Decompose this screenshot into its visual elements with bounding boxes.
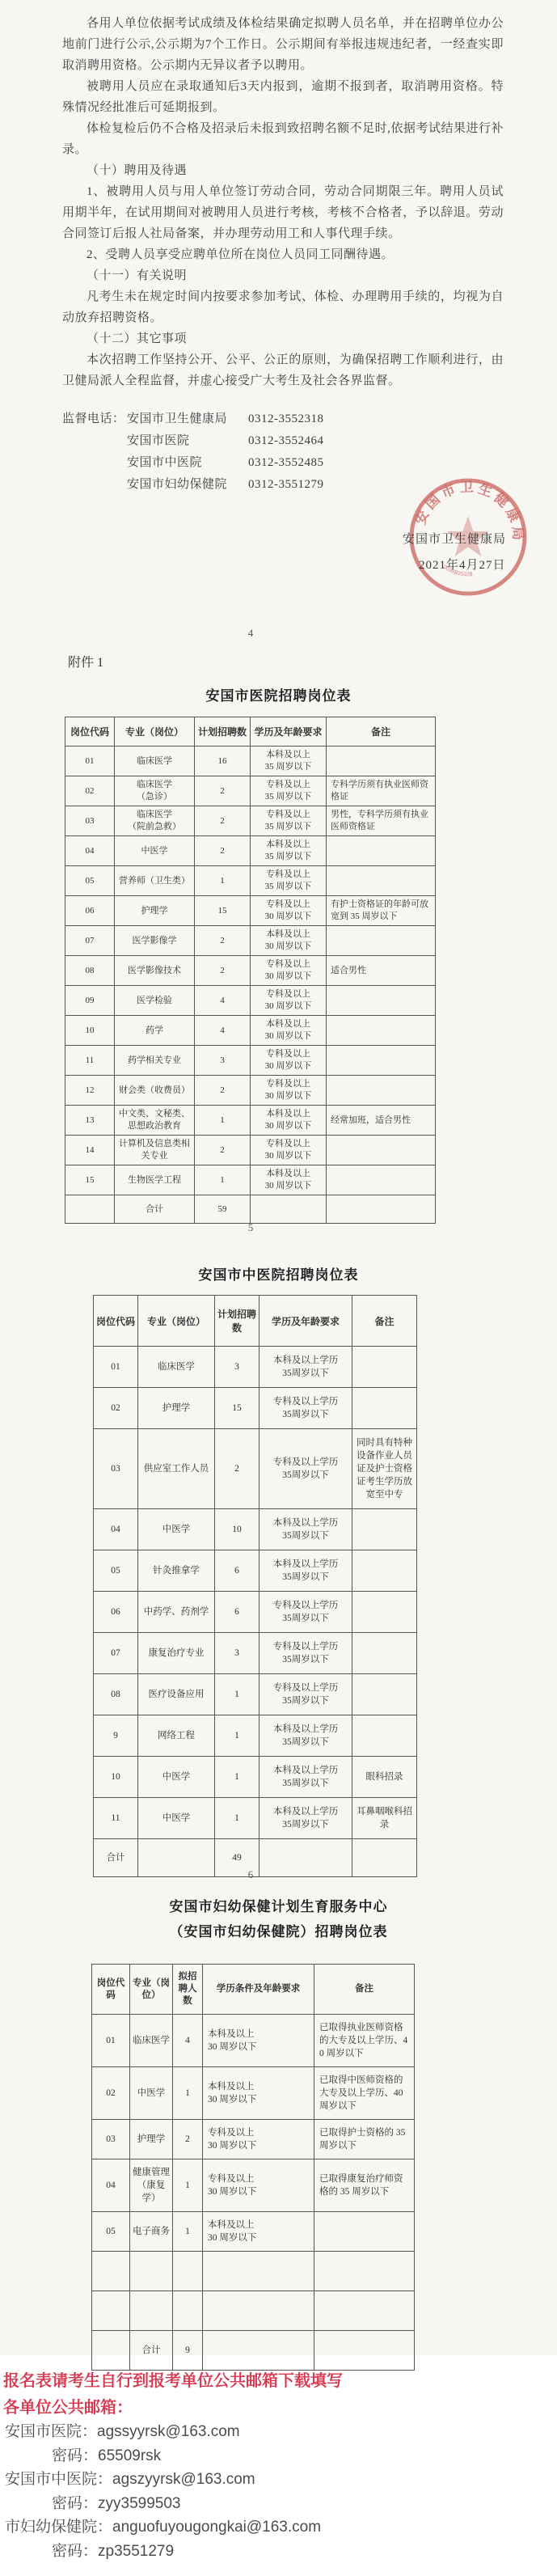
table-row: 02护理学15专科及以上学历 35周岁以下	[94, 1388, 417, 1429]
table-cell: 1	[215, 1674, 260, 1715]
table-row: 09医学检验4专科及以上 30 周岁以下	[65, 986, 436, 1016]
mailbox-org-line: 安国市医院：agssyyrsk@163.com	[3, 2420, 553, 2444]
table-cell: 医学检验	[115, 986, 195, 1016]
col-header: 岗位代码	[92, 1965, 130, 2015]
table-cell	[203, 2291, 314, 2331]
table3-title-line2: （安国市妇幼保健院）招聘岗位表	[0, 1919, 557, 1944]
table-cell: 适合男性	[327, 956, 436, 986]
supervision-org: 安国市卫生健康局	[127, 408, 248, 430]
table2-title: 安国市中医院招聘岗位表	[0, 1263, 557, 1284]
table-cell: 本科及以上 30 周岁以下	[203, 2015, 314, 2067]
table-row: 03护理学2专科及以上 30 周岁以下已取得护士资格的 35 周岁以下	[92, 2120, 415, 2159]
table-cell: 6	[215, 1550, 260, 1592]
document-body-text: 各用人单位依据考试成绩及体检结果确定拟聘人员名单，并在招聘单位办公地前门进行公示…	[62, 13, 504, 391]
seal-issuer-line: 安国市卫生健康局	[403, 530, 506, 547]
password-value: zyy3599503	[98, 2495, 180, 2512]
password-label: 密码：	[52, 2543, 98, 2560]
table-cell: 已取得护士资格的 35 周岁以下	[314, 2120, 415, 2159]
table-cell: 营养师（卫生类）	[115, 866, 195, 896]
table-cell: 11	[94, 1798, 138, 1839]
table-cell: 本科及以上 30 周岁以下	[251, 1016, 327, 1046]
supervision-label: 监督电话：	[62, 408, 127, 430]
doc-paragraph: 1、被聘用人员与用人单位签订劳动合同，劳动合同期限三年。聘用人员试用期半年，在试…	[62, 181, 504, 244]
table-cell	[92, 2252, 130, 2291]
supervision-org: 安国市医院	[127, 430, 248, 452]
notice-line1: 报名表请考生自行到报考单位公共邮箱下载填写	[3, 2368, 488, 2395]
table-cell: 本科及以上学历 35周岁以下	[260, 1550, 352, 1592]
table-cell: 本科及以上 30 周岁以下	[251, 1165, 327, 1195]
table-cell: 11	[65, 1046, 115, 1076]
table-cell: 9	[173, 2331, 203, 2371]
table-cell: 本科及以上学历 35周岁以下	[260, 1798, 352, 1839]
table-cell: 1	[215, 1798, 260, 1839]
table-cell: 专科及以上 30 周岁以下	[251, 1136, 327, 1165]
table-cell	[352, 1509, 417, 1550]
table-row: 06护理学15专科及以上 30 周岁以下有护士资格证的年龄可放宽到 35 周岁以…	[65, 896, 436, 926]
table-row: 05针灸推拿学6本科及以上学历 35周岁以下	[94, 1550, 417, 1592]
table-row: 04健康管理（康复学）1专科及以上 30 周岁以下已取得康复治疗师资格的 35 …	[92, 2159, 415, 2212]
mailbox-org-label: 市妇幼保健院：	[5, 2519, 112, 2536]
table-cell: 4	[173, 2015, 203, 2067]
table-cell: 临床医学 （院前急救）	[115, 806, 195, 836]
supervision-org: 安国市中医院	[127, 452, 248, 474]
supervision-phone: 0312-3551279	[248, 474, 353, 496]
table-cell: 本科及以上 30 周岁以下	[251, 926, 327, 956]
table-cell: 专科及以上 30 周岁以下	[251, 896, 327, 926]
table-cell: 临床医学	[138, 1347, 215, 1388]
table-header-row: 岗位代码 专业（岗位） 计划招聘数 学历及年龄要求 备注	[65, 717, 436, 747]
table-cell	[352, 1674, 417, 1715]
table-cell: 中医学	[130, 2067, 173, 2120]
table-cell: 04	[92, 2159, 130, 2212]
col-header: 专业（岗位）	[115, 717, 195, 747]
table-row: 01临床医学4本科及以上 30 周岁以下已取得执业医师资格的大专及以上学历、40…	[92, 2015, 415, 2067]
table-cell	[327, 986, 436, 1016]
table-cell: 2	[195, 806, 251, 836]
table-row: 合计59	[65, 1195, 436, 1224]
table-cell	[327, 747, 436, 776]
maternal-health-positions-table: 岗位代码 专业（岗位） 拟招聘人数 学历条件及年龄要求 备注 01临床医学4本科…	[91, 1964, 415, 2371]
table-cell: 药学相关专业	[115, 1046, 195, 1076]
table-cell: 01	[92, 2015, 130, 2067]
table-cell	[327, 1046, 436, 1076]
table-cell: 1	[195, 1106, 251, 1136]
hospital-positions-table: 岗位代码 专业（岗位） 计划招聘数 学历及年龄要求 备注 01临床医学16本科及…	[65, 717, 436, 1224]
supervision-org: 安国市妇幼保健院	[127, 474, 248, 496]
table-cell: 59	[195, 1195, 251, 1224]
table-row: 07医学影像学2本科及以上 30 周岁以下	[65, 926, 436, 956]
table-cell: 中医学	[138, 1757, 215, 1798]
table-cell	[352, 1715, 417, 1757]
table-cell: 2	[195, 926, 251, 956]
table-cell: 04	[65, 836, 115, 866]
table-cell	[314, 2212, 415, 2252]
doc-paragraph: 本次招聘工作坚持公开、公平、公正的原则，为确保招聘工作顺利进行，由卫健局派人全程…	[62, 349, 504, 391]
col-header: 岗位代码	[94, 1296, 138, 1347]
table-cell: 护理学	[130, 2120, 173, 2159]
table-cell: 1	[215, 1757, 260, 1798]
table-cell: 专科及以上 30 周岁以下	[251, 986, 327, 1016]
table-cell: 男性，专科学历须有执业医师资格证	[327, 806, 436, 836]
table-cell: 06	[94, 1592, 138, 1633]
table-cell: 供应室工作人员	[138, 1429, 215, 1509]
table-row: 08医学影像技术2专科及以上 30 周岁以下适合男性	[65, 956, 436, 986]
attachment-label: 附件 1	[68, 652, 103, 670]
table-cell: 健康管理（康复学）	[130, 2159, 173, 2212]
table-row: 05营养师（卫生类）1专科及以上 35 周岁以下	[65, 866, 436, 896]
table-cell: 05	[94, 1550, 138, 1592]
table-cell: 3	[215, 1347, 260, 1388]
table-cell: 10	[215, 1509, 260, 1550]
table-cell: 2	[173, 2120, 203, 2159]
table-cell: 本科及以上 30 周岁以下	[203, 2067, 314, 2120]
table-cell: 专科及以上 30 周岁以下	[251, 1046, 327, 1076]
table-cell: 10	[94, 1757, 138, 1798]
table-cell: 9	[94, 1715, 138, 1757]
table-cell	[352, 1633, 417, 1674]
table-cell	[327, 836, 436, 866]
table-cell: 本科及以上 30 周岁以下	[203, 2212, 314, 2252]
table-cell: 2	[195, 776, 251, 806]
mailbox-org-label: 安国市中医院：	[5, 2471, 112, 2488]
table-cell: 12	[65, 1076, 115, 1106]
table-cell	[327, 1076, 436, 1106]
col-header: 备注	[314, 1965, 415, 2015]
col-header: 学历及年龄要求	[260, 1296, 352, 1347]
table-cell: 专科及以上 35 周岁以下	[251, 806, 327, 836]
table-cell: 本科及以上 35 周岁以下	[251, 747, 327, 776]
table-cell: 05	[92, 2212, 130, 2252]
supervision-phone: 0312-3552485	[248, 452, 353, 474]
table-cell	[327, 1165, 436, 1195]
table-cell: 本科及以上 30 周岁以下	[251, 1106, 327, 1136]
table-cell: 临床医学 （急诊）	[115, 776, 195, 806]
table-cell: 4	[195, 1016, 251, 1046]
table-cell: 02	[65, 776, 115, 806]
table-cell: 有护士资格证的年龄可放宽到 35 周岁以下	[327, 896, 436, 926]
supervision-row: 监督电话： 安国市卫生健康局 0312-3552318	[62, 408, 504, 430]
tcm-hospital-positions-table: 岗位代码 专业（岗位） 计划招聘数 学历及年龄要求 备注 01临床医学3本科及以…	[93, 1295, 417, 1877]
table-cell: 耳鼻咽喉科招录	[352, 1798, 417, 1839]
table-cell: 中文类、文秘类、思想政治教育	[115, 1106, 195, 1136]
table-cell	[327, 1136, 436, 1165]
table-cell: 康复治疗专业	[138, 1633, 215, 1674]
table-cell: 药学	[115, 1016, 195, 1046]
mailbox-org-label: 安国市医院：	[5, 2423, 97, 2440]
doc-paragraph: （十二）其它事项	[62, 328, 504, 349]
table-cell: 财会类（收费员）	[115, 1076, 195, 1106]
col-header: 岗位代码	[65, 717, 115, 747]
table-cell	[173, 2252, 203, 2291]
table-row: 12财会类（收费员）2专科及以上 30 周岁以下	[65, 1076, 436, 1106]
table-cell	[251, 1195, 327, 1224]
table-cell: 专科及以上学历 35周岁以下	[260, 1429, 352, 1509]
download-notice: 报名表请考生自行到报考单位公共邮箱下载填写 各单位公共邮箱：	[3, 2368, 488, 2422]
table-cell: 网络工程	[138, 1715, 215, 1757]
table-cell: 已取得执业医师资格的大专及以上学历、40 周岁以下	[314, 2015, 415, 2067]
mailbox-email: agszyyrsk@163.com	[112, 2471, 255, 2488]
col-header: 备注	[352, 1296, 417, 1347]
mailbox-password-line: 密码：zyy3599503	[3, 2492, 553, 2516]
table-cell: 合计	[130, 2331, 173, 2371]
doc-paragraph: （十一）有关说明	[62, 265, 504, 286]
table-cell: 1	[173, 2159, 203, 2212]
table-cell: 计算机及信息类相关专业	[115, 1136, 195, 1165]
password-label: 密码：	[52, 2495, 98, 2512]
table-cell: 2	[195, 956, 251, 986]
table-cell: 生物医学工程	[115, 1165, 195, 1195]
page-number-marker: 5	[0, 1221, 501, 1234]
table-cell: 01	[94, 1347, 138, 1388]
supervision-row: 安国市妇幼保健院 0312-3551279	[62, 474, 504, 496]
mailbox-org-line: 市妇幼保健院：anguofuyougongkai@163.com	[3, 2515, 553, 2540]
col-header: 学历条件及年龄要求	[203, 1965, 314, 2015]
table-row: 13中文类、文秘类、思想政治教育1本科及以上 30 周岁以下经常加班，适合男性	[65, 1106, 436, 1136]
table-cell: 护理学	[115, 896, 195, 926]
table-cell	[130, 2291, 173, 2331]
table-cell: 临床医学	[130, 2015, 173, 2067]
table-cell: 本科及以上 35 周岁以下	[251, 836, 327, 866]
table-cell: 医学影像学	[115, 926, 195, 956]
table-cell: 专科及以上 35 周岁以下	[251, 776, 327, 806]
table-row: 合计9	[92, 2331, 415, 2371]
table-row: 04中医学10本科及以上学历 35周岁以下	[94, 1509, 417, 1550]
col-header: 学历及年龄要求	[251, 717, 327, 747]
table-cell: 专科及以上 30 周岁以下	[203, 2120, 314, 2159]
table-cell: 专科及以上 30 周岁以下	[251, 956, 327, 986]
password-value: zp3551279	[98, 2543, 174, 2560]
table-cell: 2	[215, 1429, 260, 1509]
table-cell	[327, 1195, 436, 1224]
password-value: 65509rsk	[98, 2447, 161, 2464]
table-cell: 医学影像技术	[115, 956, 195, 986]
table-cell: 眼科招录	[352, 1757, 417, 1798]
table-cell	[203, 2331, 314, 2371]
table-cell: 03	[92, 2120, 130, 2159]
table-cell	[314, 2291, 415, 2331]
table-cell: 01	[65, 747, 115, 776]
table-row: 9网络工程1本科及以上学历 35周岁以下	[94, 1715, 417, 1757]
doc-paragraph: 被聘用人员应在录取通知后3天内报到，逾期不报到者，取消聘用资格。特殊情况经批准后…	[62, 76, 504, 118]
table-row: 14计算机及信息类相关专业2专科及以上 30 周岁以下	[65, 1136, 436, 1165]
mailbox-email: anguofuyougongkai@163.com	[112, 2519, 321, 2536]
table-cell: 同时具有特种设备作业人员证及护士资格证考生学历放宽至中专	[352, 1429, 417, 1509]
table-cell: 专科及以上学历 35周岁以下	[260, 1633, 352, 1674]
supervision-phone: 0312-3552464	[248, 430, 353, 452]
table-cell	[352, 1347, 417, 1388]
table-cell: 1	[173, 2212, 203, 2252]
table-cell: 专科及以上学历 35周岁以下	[260, 1388, 352, 1429]
mailbox-email: agssyyrsk@163.com	[97, 2423, 240, 2440]
table-row: 01临床医学16本科及以上 35 周岁以下	[65, 747, 436, 776]
table-row: 01临床医学3本科及以上学历 35周岁以下	[94, 1347, 417, 1388]
table-cell	[352, 1388, 417, 1429]
page-number-marker: 4	[0, 627, 501, 640]
table-cell	[92, 2291, 130, 2331]
table-cell: 专科及以上学历 35周岁以下	[260, 1674, 352, 1715]
page-number-marker: 6	[0, 1868, 501, 1881]
table-cell: 中药学、药剂学	[138, 1592, 215, 1633]
table-cell: 1	[195, 1165, 251, 1195]
table-cell: 合计	[115, 1195, 195, 1224]
col-header: 专业（岗位）	[138, 1296, 215, 1347]
table-cell: 05	[65, 866, 115, 896]
mailbox-org-line: 安国市中医院：agszyyrsk@163.com	[3, 2468, 553, 2492]
table-cell: 02	[94, 1388, 138, 1429]
table-cell: 临床医学	[115, 747, 195, 776]
table-cell: 1	[173, 2067, 203, 2120]
doc-paragraph: 各用人单位依据考试成绩及体检结果确定拟聘人员名单，并在招聘单位办公地前门进行公示…	[62, 13, 504, 76]
mailbox-password-line: 密码：zp3551279	[3, 2540, 553, 2564]
table-cell: 2	[195, 836, 251, 866]
table-cell: 14	[65, 1136, 115, 1165]
col-header: 计划招聘数	[215, 1296, 260, 1347]
table-cell: 13	[65, 1106, 115, 1136]
supervision-phone-block: 监督电话： 安国市卫生健康局 0312-3552318 安国市医院 0312-3…	[62, 408, 504, 496]
table-cell: 04	[94, 1509, 138, 1550]
table-cell: 08	[94, 1674, 138, 1715]
table-row: 07康复治疗专业3专科及以上学历 35周岁以下	[94, 1633, 417, 1674]
table-cell: 专科及以上 35 周岁以下	[251, 866, 327, 896]
table-cell: 03	[94, 1429, 138, 1509]
table-row: 11中医学1本科及以上学历 35周岁以下耳鼻咽喉科招录	[94, 1798, 417, 1839]
seal-date-line: 2021年4月27日	[419, 556, 506, 573]
table-row: 10药学4本科及以上 30 周岁以下	[65, 1016, 436, 1046]
table-cell: 中医学	[138, 1509, 215, 1550]
table-cell	[352, 1592, 417, 1633]
table-cell: 15	[195, 896, 251, 926]
table-cell: 16	[195, 747, 251, 776]
table-row: 10中医学1本科及以上学历 35周岁以下眼科招录	[94, 1757, 417, 1798]
table-cell: 15	[65, 1165, 115, 1195]
doc-paragraph: 凡考生未在规定时间内按要求参加考试、体检、办理聘用手续的，均视为自动放弃招聘资格…	[62, 286, 504, 328]
col-header: 专业（岗位）	[130, 1965, 173, 2015]
table-cell: 10	[65, 1016, 115, 1046]
table-cell: 3	[195, 1046, 251, 1076]
table-cell	[203, 2252, 314, 2291]
table-cell: 专科及以上学历 35周岁以下	[260, 1592, 352, 1633]
table-cell: 09	[65, 986, 115, 1016]
table-cell: 本科及以上学历 35周岁以下	[260, 1715, 352, 1757]
table-cell	[314, 2331, 415, 2371]
table-cell: 已取得中医师资格的大专及以上学历、40 周岁以下	[314, 2067, 415, 2120]
password-label: 密码：	[52, 2447, 98, 2464]
table-cell: 本科及以上学历 35周岁以下	[260, 1757, 352, 1798]
doc-paragraph: 2、受聘人员享受应聘单位所在岗位人员同工同酬待遇。	[62, 244, 504, 265]
table-cell: 医疗设备应用	[138, 1674, 215, 1715]
table-cell: 护理学	[138, 1388, 215, 1429]
table-cell	[327, 1016, 436, 1046]
table-cell: 电子商务	[130, 2212, 173, 2252]
table-row: 15生物医学工程1本科及以上 30 周岁以下	[65, 1165, 436, 1195]
table-cell: 06	[65, 896, 115, 926]
table-row: 03临床医学 （院前急救）2专科及以上 35 周岁以下男性，专科学历须有执业医师…	[65, 806, 436, 836]
table-cell: 中医学	[115, 836, 195, 866]
scanned-recruitment-document: 各用人单位依据考试成绩及体检结果确定拟聘人员名单，并在招聘单位办公地前门进行公示…	[0, 0, 557, 2576]
table-cell: 中医学	[138, 1798, 215, 1839]
table-cell	[92, 2331, 130, 2371]
table-cell	[314, 2252, 415, 2291]
table1-title: 安国市医院招聘岗位表	[0, 684, 557, 704]
table-cell: 03	[65, 806, 115, 836]
table-row: 02中医学1本科及以上 30 周岁以下已取得中医师资格的大专及以上学历、40 周…	[92, 2067, 415, 2120]
table-cell: 经常加班，适合男性	[327, 1106, 436, 1136]
table-cell	[327, 866, 436, 896]
table-cell: 3	[215, 1633, 260, 1674]
table-cell	[173, 2291, 203, 2331]
table-row: 05电子商务1本科及以上 30 周岁以下	[92, 2212, 415, 2252]
table-row: 04中医学2本科及以上 35 周岁以下	[65, 836, 436, 866]
table-cell: 专科及以上 30 周岁以下	[251, 1076, 327, 1106]
table-header-row: 岗位代码 专业（岗位） 拟招聘人数 学历条件及年龄要求 备注	[92, 1965, 415, 2015]
table-row: 03供应室工作人员2专科及以上学历 35周岁以下同时具有特种设备作业人员证及护士…	[94, 1429, 417, 1509]
table-row: 08医疗设备应用1专科及以上学历 35周岁以下	[94, 1674, 417, 1715]
mailbox-list: 安国市医院：agssyyrsk@163.com 密码：65509rsk 安国市中…	[3, 2420, 553, 2563]
doc-paragraph: 体检复检后仍不合格及招录后未报到致招聘名额不足时,依据考试结果进行补录。	[62, 118, 504, 160]
table-cell: 2	[195, 1136, 251, 1165]
table3-title: 安国市妇幼保健计划生育服务中心 （安国市妇幼保健院）招聘岗位表	[0, 1894, 557, 1944]
table-cell: 6	[215, 1592, 260, 1633]
table3-title-line1: 安国市妇幼保健计划生育服务中心	[0, 1894, 557, 1919]
table-cell: 15	[215, 1388, 260, 1429]
table-row: 11药学相关专业3专科及以上 30 周岁以下	[65, 1046, 436, 1076]
supervision-row: 安国市中医院 0312-3552485	[62, 452, 504, 474]
table-cell	[327, 926, 436, 956]
mailbox-password-line: 密码：65509rsk	[3, 2444, 553, 2468]
table-row: 06中药学、药剂学6专科及以上学历 35周岁以下	[94, 1592, 417, 1633]
table-row: 02临床医学 （急诊）2专科及以上 35 周岁以下专科学历须有执业医师资格证	[65, 776, 436, 806]
table-cell: 本科及以上学历 35周岁以下	[260, 1509, 352, 1550]
table-cell	[130, 2252, 173, 2291]
doc-paragraph: （十）聘用及待遇	[62, 160, 504, 181]
supervision-row: 安国市医院 0312-3552464	[62, 430, 504, 452]
table-cell: 1	[215, 1715, 260, 1757]
table-cell: 02	[92, 2067, 130, 2120]
table-cell: 已取得康复治疗师资格的 35 周岁以下	[314, 2159, 415, 2212]
table-cell: 本科及以上学历 35周岁以下	[260, 1347, 352, 1388]
notice-line2: 各单位公共邮箱：	[3, 2395, 488, 2422]
col-header: 计划招聘数	[195, 717, 251, 747]
table-cell: 2	[195, 1076, 251, 1106]
table-cell: 1	[195, 866, 251, 896]
table-row	[92, 2252, 415, 2291]
table-cell: 4	[195, 986, 251, 1016]
supervision-phone: 0312-3552318	[248, 408, 353, 430]
table-cell	[352, 1550, 417, 1592]
table-cell	[65, 1195, 115, 1224]
table-cell: 07	[65, 926, 115, 956]
col-header: 备注	[327, 717, 436, 747]
table-cell: 专科学历须有执业医师资格证	[327, 776, 436, 806]
table-row	[92, 2291, 415, 2331]
table-cell: 针灸推拿学	[138, 1550, 215, 1592]
col-header: 拟招聘人数	[173, 1965, 203, 2015]
table-cell: 专科及以上 30 周岁以下	[203, 2159, 314, 2212]
table-cell: 08	[65, 956, 115, 986]
table-cell: 07	[94, 1633, 138, 1674]
table-header-row: 岗位代码 专业（岗位） 计划招聘数 学历及年龄要求 备注	[94, 1296, 417, 1347]
